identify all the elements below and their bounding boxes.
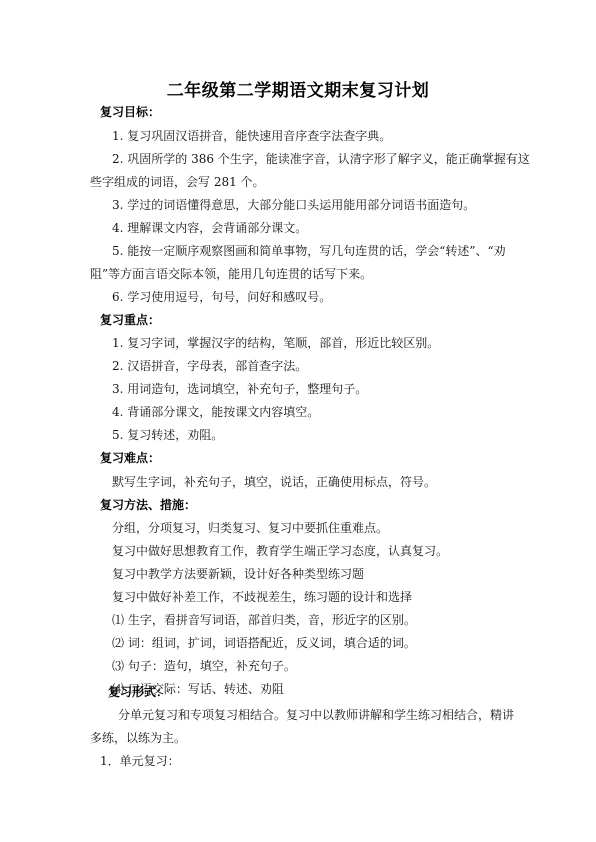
document-title: 二年级第二学期语文期末复习计划 xyxy=(0,76,596,101)
section-heading-key-points: 复习重点： xyxy=(100,312,160,328)
document-page: 二年级第二学期语文期末复习计划 复习目标： 1. 复习巩固汉语拼音，能快速用音序… xyxy=(0,0,596,842)
goal-item-1: 1. 复习巩固汉语拼音，能快速用音序查字法查字典。 xyxy=(112,128,391,144)
method-item-3: 复习中教学方法要新颖，设计好各种类型练习题 xyxy=(112,566,364,582)
section-heading-methods: 复习方法、措施： xyxy=(100,497,196,513)
form-item-2: 1．单元复习： xyxy=(100,753,180,769)
method-item-1: 分组，分项复习，归类复习、复习中要抓住重难点。 xyxy=(112,520,388,536)
form-item-1-continued: 多练，以练为主。 xyxy=(90,730,186,746)
goal-item-4: 4. 理解课文内容，会背诵部分课文。 xyxy=(112,220,307,236)
goal-item-3: 3. 学过的词语懂得意思，大部分能口头运用能用部分词语书面造句。 xyxy=(112,197,475,213)
key-point-item-2: 2. 汉语拼音，字母表，部首查字法。 xyxy=(112,358,307,374)
goal-item-2: 2. 巩固所学的 386 个生字，能读准字音，认清字形了解字义，能正确掌握有这 xyxy=(112,151,505,167)
method-item-5: ⑴ 生字，看拼音写词语，部首归类，音，形近字的区别。 xyxy=(112,612,416,628)
key-point-item-3: 3. 用词造句，选词填空，补充句子，整理句子。 xyxy=(112,381,367,397)
method-item-6: ⑵ 词：组词，扩词，词语搭配近，反义词，填合适的词。 xyxy=(112,635,416,651)
goal-item-6: 6. 学习使用逗号，句号，问好和感叹号。 xyxy=(112,289,331,305)
goal-item-5: 5. 能按一定顺序观察图画和简单事物，写几句连贯的话，学会“转述”、“劝 xyxy=(112,243,505,259)
method-item-2: 复习中做好思想教育工作，教育学生端正学习态度，认真复习。 xyxy=(112,543,448,559)
section-heading-goals: 复习目标： xyxy=(100,104,160,120)
method-item-7: ⑶ 句子：造句，填空，补充句子。 xyxy=(112,658,296,674)
goal-item-5-continued: 阻”等方面言语交际本领，能用几句连贯的话写下来。 xyxy=(90,266,372,282)
key-point-item-4: 4. 背诵部分课文，能按课文内容填空。 xyxy=(112,404,319,420)
key-point-item-1: 1. 复习字词，掌握汉字的结构，笔顺，部首，形近比较区别。 xyxy=(112,335,439,351)
form-item-1: 分单元复习和专项复习相结合。复习中以教师讲解和学生练习相结合，精讲 xyxy=(118,707,505,723)
key-point-item-5: 5. 复习转述，劝阻。 xyxy=(112,427,223,443)
method-item-4: 复习中做好补差工作，不歧视差生，练习题的设计和选择 xyxy=(112,589,412,605)
difficulty-item-1: 默写生字词，补充句子，填空，说话，正确使用标点，符号。 xyxy=(112,474,436,490)
section-heading-difficulties: 复习难点： xyxy=(100,450,160,466)
section-heading-forms: 复习形式： xyxy=(108,684,168,700)
goal-item-2-continued: 些字组成的词语，会写 281 个。 xyxy=(90,174,265,190)
